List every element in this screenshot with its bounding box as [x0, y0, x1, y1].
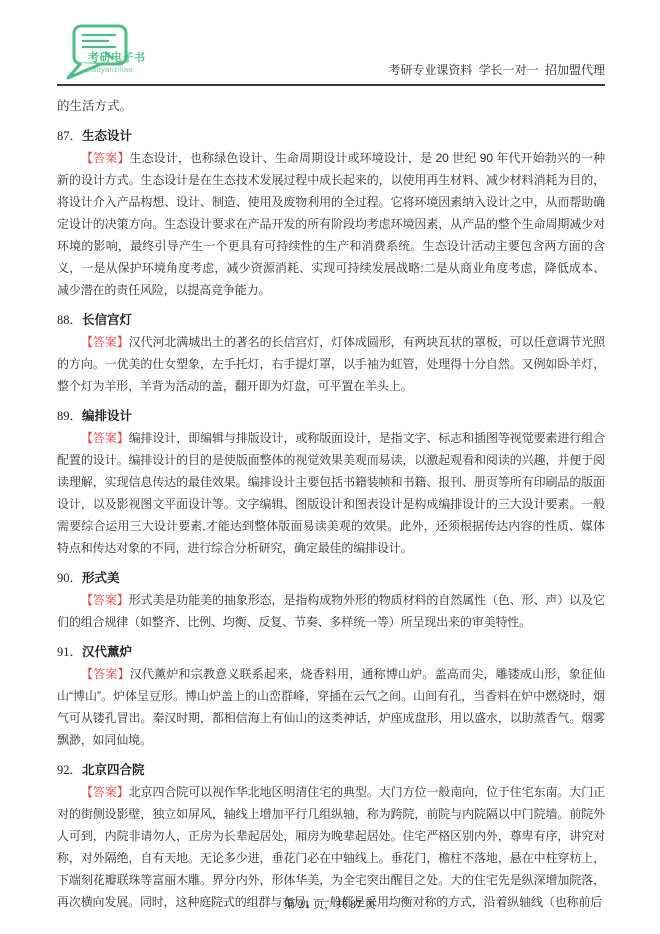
answer-label: 【答案】 — [81, 151, 129, 165]
item-heading: 87．生态设计 — [57, 125, 605, 147]
logo-wordmark: 考研电子书 kaoyanziliao — [88, 53, 146, 74]
carryover-paragraph: 的生活方式。 — [57, 95, 605, 117]
item-title-text: 北京四合院 — [82, 763, 145, 777]
item-title-text: 编排设计 — [82, 409, 132, 423]
item-number: 91． — [57, 645, 82, 659]
page-footer: 第 21 页，共 87 页 — [0, 896, 660, 912]
item-answer: 【答案】形式美是功能美的抽象形态，是指构成物外形的物质材料的自然属性（色、形、声… — [57, 589, 605, 633]
answer-label: 【答案】 — [81, 667, 130, 681]
item-title-text: 形式美 — [82, 571, 120, 585]
qa-item-89: 89．编排设计 【答案】编排设计，即编辑与排版设计，或称版面设计，是指文字、标志… — [57, 405, 605, 559]
item-answer: 【答案】汉代薰炉和宗教意义联系起来，烧香料用，通称博山炉。盖高而尖，雕镂成山形，… — [57, 663, 605, 751]
qa-item-92: 92．北京四合院 【答案】北京四合院可以视作华北地区明清住宅的典型。大门方位一般… — [57, 759, 605, 913]
item-answer: 【答案】北京四合院可以视作华北地区明清住宅的典型。大门方位一般南向，位于住宅东南… — [57, 781, 605, 913]
brand-logo: 考研电子书 kaoyanziliao — [57, 24, 157, 80]
document-page: 考研电子书 kaoyanziliao 考研专业课资料 学长一对一 招加盟代理 的… — [0, 0, 660, 934]
qa-item-91: 91．汉代薰炉 【答案】汉代薰炉和宗教意义联系起来，烧香料用，通称博山炉。盖高而… — [57, 641, 605, 751]
qa-item-87: 87．生态设计 【答案】生态设计，也称绿色设计、生命周期设计或环境设计，是 20… — [57, 125, 605, 301]
logo-title: 考研电子书 — [88, 53, 146, 64]
item-title-text: 汉代薰炉 — [82, 645, 132, 659]
logo-subtitle: kaoyanziliao — [88, 66, 146, 74]
item-heading: 88．长信宫灯 — [57, 309, 605, 331]
item-number: 92． — [57, 763, 82, 777]
answer-label: 【答案】 — [81, 335, 129, 349]
answer-text: 形式美是功能美的抽象形态，是指构成物外形的物质材料的自然属性（色、形、声）以及它… — [57, 593, 605, 629]
item-number: 87． — [57, 129, 82, 143]
header-divider — [57, 84, 605, 86]
item-answer: 【答案】生态设计，也称绿色设计、生命周期设计或环境设计，是 20 世纪 90 年… — [57, 147, 605, 301]
header-tagline: 考研专业课资料 学长一对一 招加盟代理 — [388, 61, 605, 80]
item-number: 90． — [57, 571, 82, 585]
item-answer: 【答案】编排设计，即编辑与排版设计，或称版面设计，是指文字、标志和插图等视觉要素… — [57, 427, 605, 559]
item-number: 88． — [57, 313, 82, 327]
answer-label: 【答案】 — [81, 431, 129, 445]
item-title-text: 生态设计 — [82, 129, 132, 143]
item-heading: 92．北京四合院 — [57, 759, 605, 781]
item-title-text: 长信宫灯 — [82, 313, 132, 327]
qa-item-88: 88．长信宫灯 【答案】汉代河北满城出土的著名的长信宫灯，灯体成圆形，有两块瓦状… — [57, 309, 605, 397]
answer-label: 【答案】 — [81, 593, 129, 607]
item-heading: 89．编排设计 — [57, 405, 605, 427]
answer-text: 汉代薰炉和宗教意义联系起来，烧香料用，通称博山炉。盖高而尖，雕镂成山形，象征仙山… — [57, 667, 605, 747]
page-header: 考研电子书 kaoyanziliao 考研专业课资料 学长一对一 招加盟代理 — [57, 24, 605, 80]
item-answer: 【答案】汉代河北满城出土的著名的长信宫灯，灯体成圆形，有两块瓦状的罩板，可以任意… — [57, 331, 605, 397]
answer-text: 北京四合院可以视作华北地区明清住宅的典型。大门方位一般南向，位于住宅东南。大门正… — [57, 785, 605, 909]
qa-item-90: 90．形式美 【答案】形式美是功能美的抽象形态，是指构成物外形的物质材料的自然属… — [57, 567, 605, 633]
answer-label: 【答案】 — [81, 785, 129, 799]
item-heading: 90．形式美 — [57, 567, 605, 589]
answer-text: 汉代河北满城出土的著名的长信宫灯，灯体成圆形，有两块瓦状的罩板，可以任意调节光照… — [57, 335, 605, 393]
item-heading: 91．汉代薰炉 — [57, 641, 605, 663]
item-number: 89． — [57, 409, 82, 423]
answer-text: 生态设计，也称绿色设计、生命周期设计或环境设计，是 20 世纪 90 年代开始勃… — [57, 151, 605, 297]
answer-text: 编排设计，即编辑与排版设计，或称版面设计，是指文字、标志和插图等视觉要素进行组合… — [57, 431, 605, 555]
